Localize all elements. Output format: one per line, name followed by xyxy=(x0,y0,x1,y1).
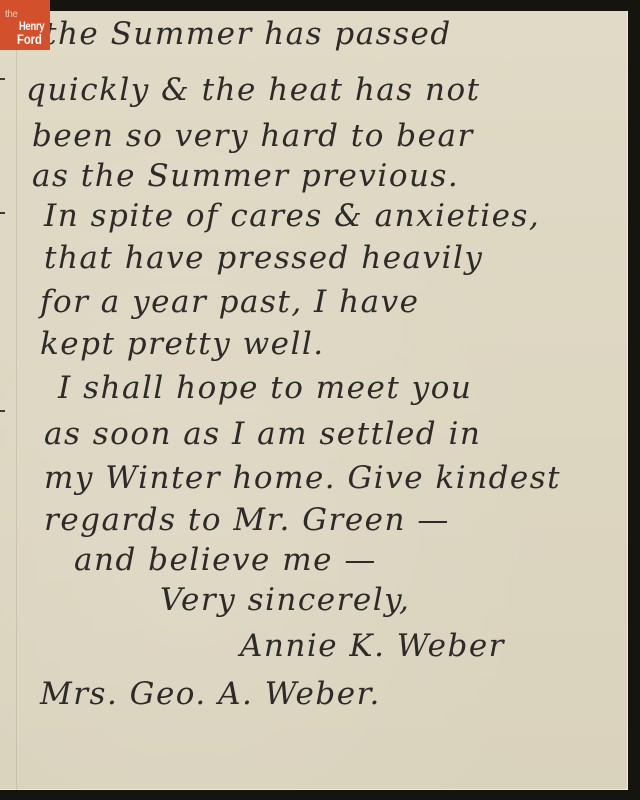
letter-closing: Very sincerely, xyxy=(160,585,410,616)
letter-signature: Annie K. Weber xyxy=(240,631,505,662)
letter-line-12: regards to Mr. Green — xyxy=(44,505,450,536)
margin-mark xyxy=(0,212,5,214)
letter-line-11: my Winter home. Give kindest xyxy=(44,463,561,494)
letter-line-6: that have pressed heavily xyxy=(44,243,483,274)
margin-mark xyxy=(0,78,5,80)
letter-line-2: quickly & the heat has not xyxy=(26,75,481,106)
letter-signature-formal: Mrs. Geo. A. Weber. xyxy=(40,679,381,710)
logo-ford: Ford xyxy=(17,31,42,47)
letter-line-1: the Summer has passed xyxy=(44,19,452,50)
letter-line-10: as soon as I am settled in xyxy=(44,419,481,450)
letter-line-9: I shall hope to meet you xyxy=(58,373,472,404)
letter-line-13: and believe me — xyxy=(74,545,377,576)
logo-prefix: the xyxy=(5,9,17,20)
letter-line-8: kept pretty well. xyxy=(40,329,325,360)
fold-line xyxy=(16,11,17,790)
henry-ford-logo: the Henry Ford xyxy=(0,0,50,50)
margin-mark xyxy=(0,410,5,412)
letter-page: the Summer has passed quickly & the heat… xyxy=(0,11,628,790)
letter-line-4: as the Summer previous. xyxy=(32,161,459,192)
letter-line-7: for a year past, I have xyxy=(40,287,419,318)
letter-line-5: In spite of cares & anxieties, xyxy=(44,201,540,232)
letter-line-3: been so very hard to bear xyxy=(32,121,474,152)
